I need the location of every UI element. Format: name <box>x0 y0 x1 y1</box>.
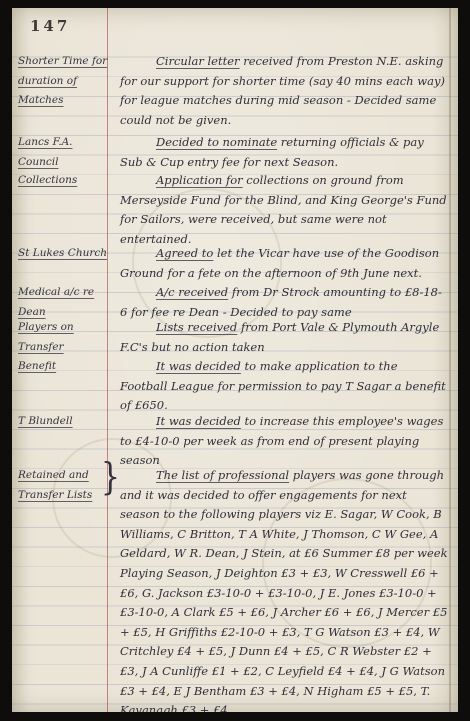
scanned-document: 147 Shorter Time for duration of Matches… <box>0 0 470 721</box>
entry-body: Circular letter received from Preston N.… <box>120 52 448 130</box>
entry-body-lead: Decided to nominate <box>156 135 277 149</box>
entry-body: Application for collections on ground fr… <box>120 171 448 249</box>
entry-heading: Benefit <box>18 357 108 416</box>
entry-body: Decided to nominate returning officials … <box>120 133 448 172</box>
entry-body-lead: Lists received <box>156 320 237 334</box>
entry-heading-text: St Lukes Church <box>18 247 107 259</box>
entry-body-rest: players was gone through and it was deci… <box>120 468 448 712</box>
entry-body: Agreed to let the Vicar have use of the … <box>120 244 448 283</box>
entry-body-lead: Agreed to <box>156 246 213 260</box>
minute-entry-st-lukes-church: St Lukes Church Agreed to let the Vicar … <box>12 244 458 283</box>
entry-body-lead: It was decided <box>156 414 241 428</box>
ledger-page: 147 Shorter Time for duration of Matches… <box>12 8 458 712</box>
minute-entry-collections: Collections Application for collections … <box>12 171 458 249</box>
page-number: 147 <box>30 17 70 35</box>
entry-body-lead: Application for <box>156 173 243 187</box>
entry-heading-text: Lancs F.A. Council <box>18 136 73 168</box>
entry-body-lead: The list of professional <box>156 468 289 482</box>
entry-heading: Retained and Transfer Lists} <box>18 466 108 712</box>
entry-heading: Medical a/c re Dean <box>18 283 108 322</box>
entry-heading: St Lukes Church <box>18 244 108 283</box>
brace-glyph: } <box>101 466 120 490</box>
entry-heading: Collections <box>18 171 108 249</box>
minute-entry-retained-transfer-lists: Retained and Transfer Lists} The list of… <box>12 466 458 712</box>
entry-heading-text: Retained and Transfer Lists <box>18 469 92 501</box>
entry-body-lead: A/c received <box>156 285 228 299</box>
entry-heading-text: Collections <box>18 174 77 186</box>
entry-heading-text: Benefit <box>18 360 56 372</box>
entry-heading: Players on Transfer <box>18 318 108 357</box>
minute-entry-shorter-time: Shorter Time for duration of Matches Cir… <box>12 52 458 130</box>
entry-body: It was decided to increase this employee… <box>120 412 448 471</box>
entry-heading-text: Medical a/c re Dean <box>18 286 94 318</box>
entry-heading: Shorter Time for duration of Matches <box>18 52 108 130</box>
minute-entry-players-on-transfer: Players on Transfer Lists received from … <box>12 318 458 357</box>
entry-heading-text: Players on Transfer <box>18 321 74 353</box>
entry-body: It was decided to make application to th… <box>120 357 448 416</box>
entry-body-lead: It was decided <box>156 359 241 373</box>
entry-heading-text: T Blundell <box>18 415 73 427</box>
entry-body: A/c received from Dr Strock amounting to… <box>120 283 448 322</box>
entry-body: The list of professional players was gon… <box>120 466 448 712</box>
entry-body: Lists received from Port Vale & Plymouth… <box>120 318 448 357</box>
minute-entry-medical-ac-re-dean: Medical a/c re Dean A/c received from Dr… <box>12 283 458 322</box>
minute-entry-lancs-fa-council: Lancs F.A. Council Decided to nominate r… <box>12 133 458 172</box>
entry-body-lead: Circular letter <box>156 54 240 68</box>
minute-entry-blundell: T Blundell It was decided to increase th… <box>12 412 458 471</box>
entry-heading: Lancs F.A. Council <box>18 133 108 172</box>
entry-heading: T Blundell <box>18 412 108 471</box>
entry-heading-text: Shorter Time for duration of Matches <box>18 55 107 106</box>
minute-entry-benefit: Benefit It was decided to make applicati… <box>12 357 458 416</box>
